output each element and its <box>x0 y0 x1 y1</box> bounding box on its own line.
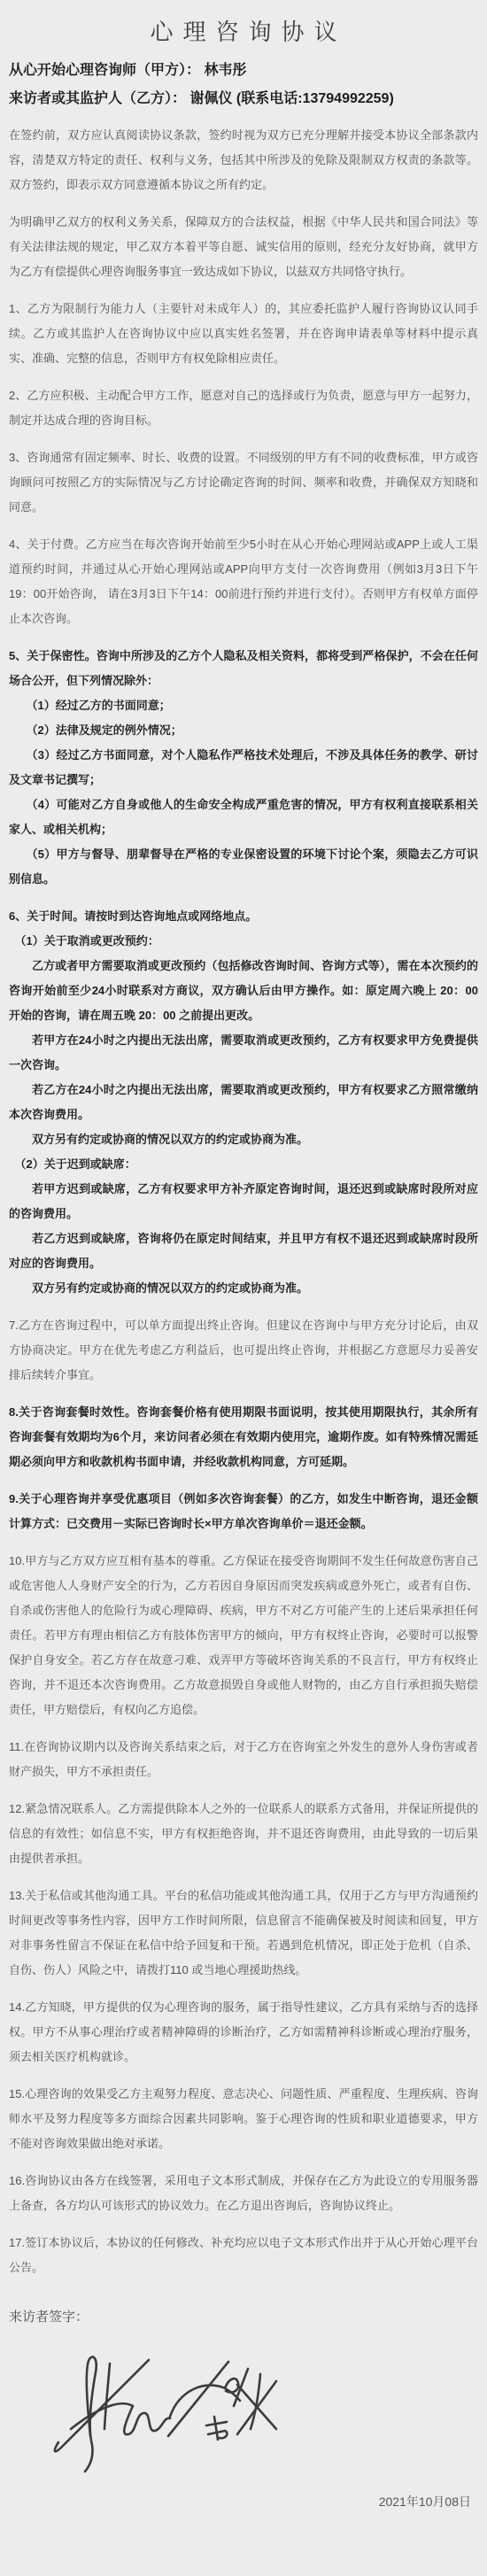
clause-paragraph: （2）关于迟到或缺席： <box>9 1152 478 1177</box>
clause-paragraph: 4、关于付费。乙方应当在每次咨询开始前至少5小时在从心开始心理网站或APP上或人… <box>9 532 478 631</box>
clause-paragraph: 9.关于心理咨询并享受优惠项目（例如多次咨询套餐）的乙方，如发生中断咨询，退还金… <box>9 1487 478 1536</box>
clause-paragraph: 双方另有约定或协商的情况以双方的约定或协商为准。 <box>9 1276 478 1301</box>
clause-paragraph: 1、乙方为限制行为能力人（主要针对未成年人）的，其应委托监护人履行咨询协议认同手… <box>9 297 478 371</box>
clause-paragraph: 8.关于咨询套餐时效性。咨询套餐价格有使用期限书面说明，按其使用期限执行，其余所… <box>9 1400 478 1474</box>
page-title: 心理咨询协议 <box>9 14 478 47</box>
clause-paragraph: 5、关于保密性。咨询中所涉及的乙方个人隐私及相关资料，都将受到严格保护，不会在任… <box>9 644 478 693</box>
clause-paragraph: 16.咨询协议由各方在线签署，采用电子文本形式制成，并保存在乙方为此设立的专用服… <box>9 2169 478 2218</box>
clause-paragraph: 在签约前，双方应认真阅读协议条款，签约时视为双方已充分理解并接受本协议全部条款内… <box>9 123 478 197</box>
signature-label: 来访者签字： <box>9 2307 478 2328</box>
clause-paragraph: 12.紧急情况联系人。乙方需提供除本人之外的一位联系人的联系方式备用，并保证所提… <box>9 1797 478 1871</box>
party-a-line: 从心开始心理咨询师（甲方）： 林韦彤 <box>9 61 478 81</box>
clause-paragraph: 乙方或者甲方需要取消或更改预约（包括修改咨询时间、咨询方式等），需在本次预约的咨… <box>9 954 478 1028</box>
party-a-value: 林韦彤 <box>204 63 246 78</box>
clause-paragraph: 双方另有约定或协商的情况以双方的约定或协商为准。 <box>9 1127 478 1152</box>
clause-paragraph: 为明确甲乙双方的权利义务关系，保障双方的合法权益，根据《中华人民共和国合同法》等… <box>9 210 478 284</box>
clause-paragraph: 17.签订本协议后，本协议的任何修改、补充均应以电子文本形式作出并于从心开始心理… <box>9 2231 478 2280</box>
clause-paragraph: 若甲方在24小时之内提出无法出席，需要取消或更改预约，乙方有权要求甲方免费提供一… <box>9 1028 478 1078</box>
clause-paragraph: 10.甲方与乙方双方应互相有基本的尊重。乙方保证在接受咨询期间不发生任何故意伤害… <box>9 1549 478 1722</box>
clause-paragraph: 若乙方迟到或缺席，咨询将仍在原定时间结束，并且甲方有权不退还迟到或缺席时段所对应… <box>9 1226 478 1276</box>
clause-paragraph: （1）关于取消或更改预约： <box>9 929 478 954</box>
clause-paragraph: 15.心理咨询的效果受乙方主观努力程度、意志决心、问题性质、严重程度、生理疾病、… <box>9 2082 478 2156</box>
signature-area <box>9 2346 478 2487</box>
clause-paragraph: （2）法律及规定的例外情况； <box>9 718 478 743</box>
clause-paragraph: 6、关于时间。请按时到达咨询地点或网络地点。 <box>9 904 478 929</box>
agreement-page: 心理咨询协议 从心开始心理咨询师（甲方）： 林韦彤 来访者或其监护人（乙方）： … <box>0 0 487 2576</box>
clause-paragraph: 若甲方迟到或缺席，乙方有权要求甲方补齐原定咨询时间，退还迟到或缺席时段所对应的咨… <box>9 1177 478 1226</box>
signature-date: 2021年10月08日 <box>9 2493 478 2510</box>
clause-paragraph: 若乙方在24小时之内提出无法出席，需要取消或更改预约，甲方有权要求乙方照常缴纳本… <box>9 1078 478 1127</box>
party-b-line: 来访者或其监护人（乙方）： 谢佩仪 (联系电话:13794992259) <box>9 89 478 109</box>
clause-paragraph: 14.乙方知晓，甲方提供的仅为心理咨询的服务，属于指导性建议，乙方具有采纳与否的… <box>9 1995 478 2069</box>
clause-paragraph: （5）甲方与督导、朋辈督导在严格的专业保密设置的环境下讨论个案，须隐去乙方可识别… <box>9 842 478 892</box>
clause-paragraph: （4）可能对乙方自身或他人的生命安全构成严重危害的情况，甲方有权利直接联系相关家… <box>9 793 478 842</box>
party-a-label: 从心开始心理咨询师（甲方）： <box>9 63 200 78</box>
clause-paragraph: 11.在咨询协议期内以及咨询关系结束之后，对于乙方在咨询室之外发生的意外人身伤害… <box>9 1735 478 1784</box>
clause-list: 在签约前，双方应认真阅读协议条款，签约时视为双方已充分理解并接受本协议全部条款内… <box>9 123 478 2280</box>
clause-paragraph: 13.关于私信或其他沟通工具。平台的私信功能或其他沟通工具，仅用于乙方与甲方沟通… <box>9 1884 478 1983</box>
clause-paragraph: （1）经过乙方的书面同意； <box>9 693 478 718</box>
party-b-label: 来访者或其监护人（乙方）： <box>9 91 186 106</box>
handwritten-signature-icon <box>35 2346 292 2487</box>
clause-paragraph: 3、咨询通常有固定频率、时长、收费的设置。不同级别的甲方有不同的收费标准，甲方或… <box>9 445 478 520</box>
clause-paragraph: 2、乙方应积极、主动配合甲方工作，愿意对自己的选择或行为负责，愿意与甲方一起努力… <box>9 383 478 433</box>
clause-paragraph: （3）经过乙方书面同意，对个人隐私作严格技术处理后，不涉及具体任务的教学、研讨及… <box>9 743 478 793</box>
party-b-value: 谢佩仪 (联系电话:13794992259) <box>189 91 393 106</box>
clause-paragraph: 7.乙方在咨询过程中，可以单方面提出终止咨询。但建议在咨询中与甲方充分讨论后，由… <box>9 1313 478 1388</box>
